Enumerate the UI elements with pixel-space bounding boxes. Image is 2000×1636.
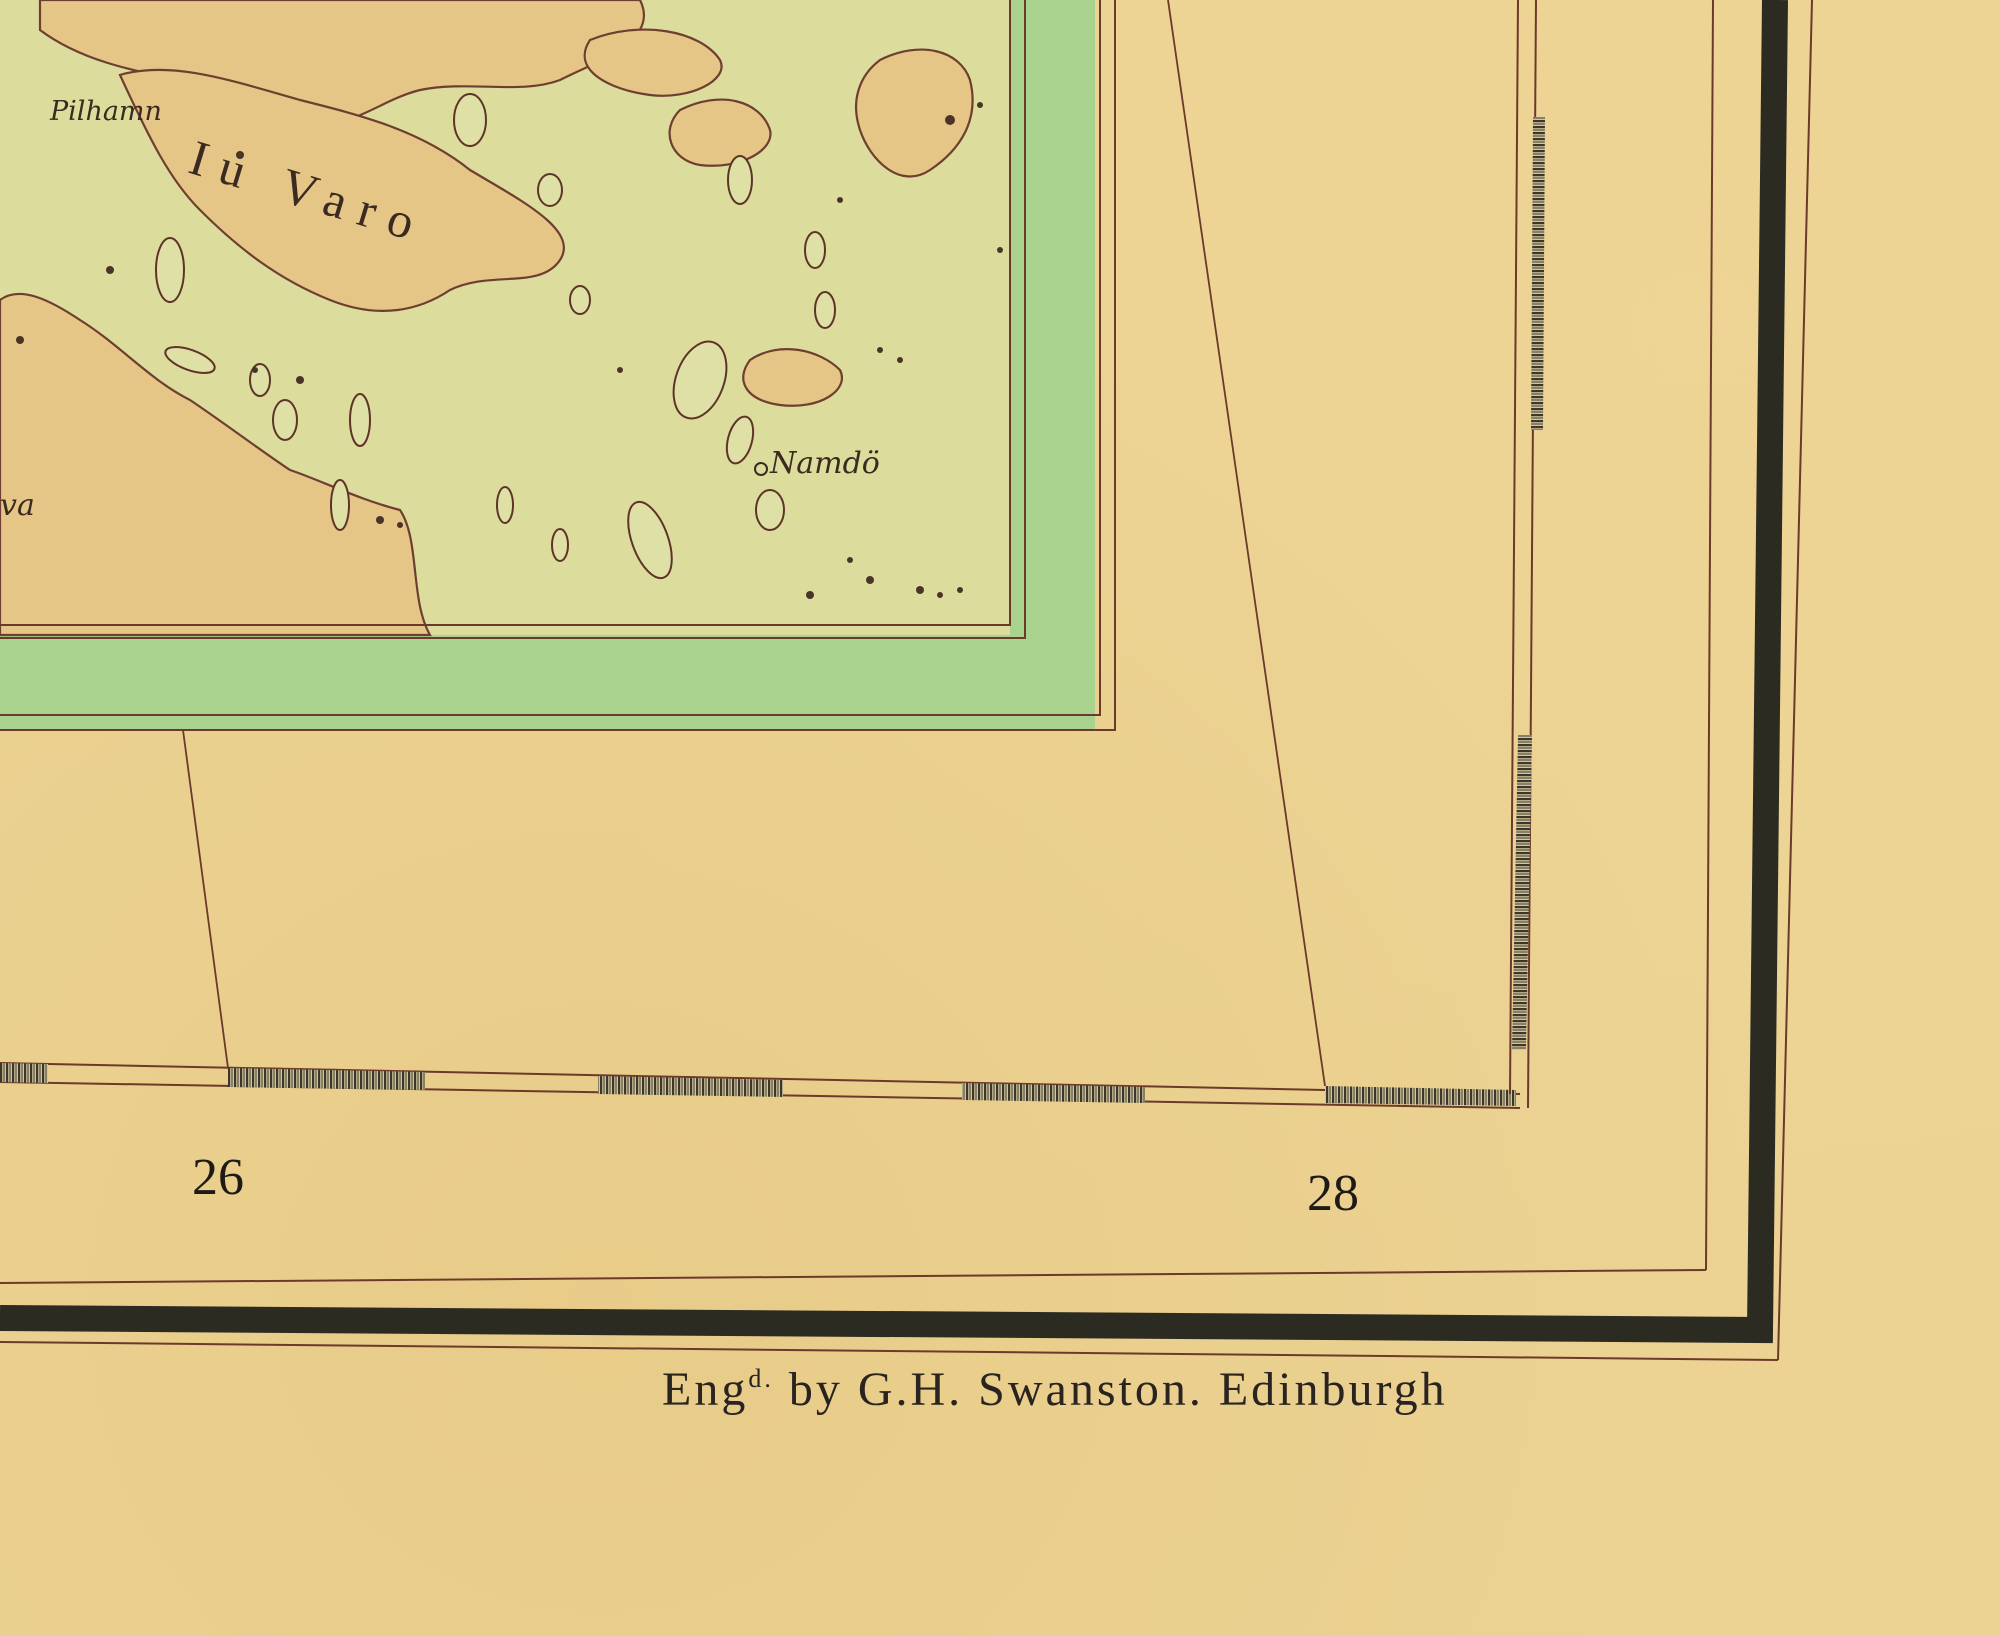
place-label-namdo: Namdö [770, 446, 880, 481]
longitude-label-26: 26 [192, 1148, 244, 1207]
place-label-partial-va: va [0, 488, 35, 523]
engraver-credit: Engd. by G.H. Swanston. Edinburgh [662, 1362, 1448, 1417]
town-marker-icon [754, 462, 768, 476]
credit-superscript: d. [748, 1364, 774, 1393]
credit-prefix: Eng [662, 1363, 748, 1416]
inset-map [0, 0, 1115, 730]
place-label-pilhamn: Pilhamn [50, 96, 162, 127]
credit-text: by G.H. Swanston. Edinburgh [774, 1363, 1448, 1416]
longitude-label-28: 28 [1307, 1164, 1359, 1223]
